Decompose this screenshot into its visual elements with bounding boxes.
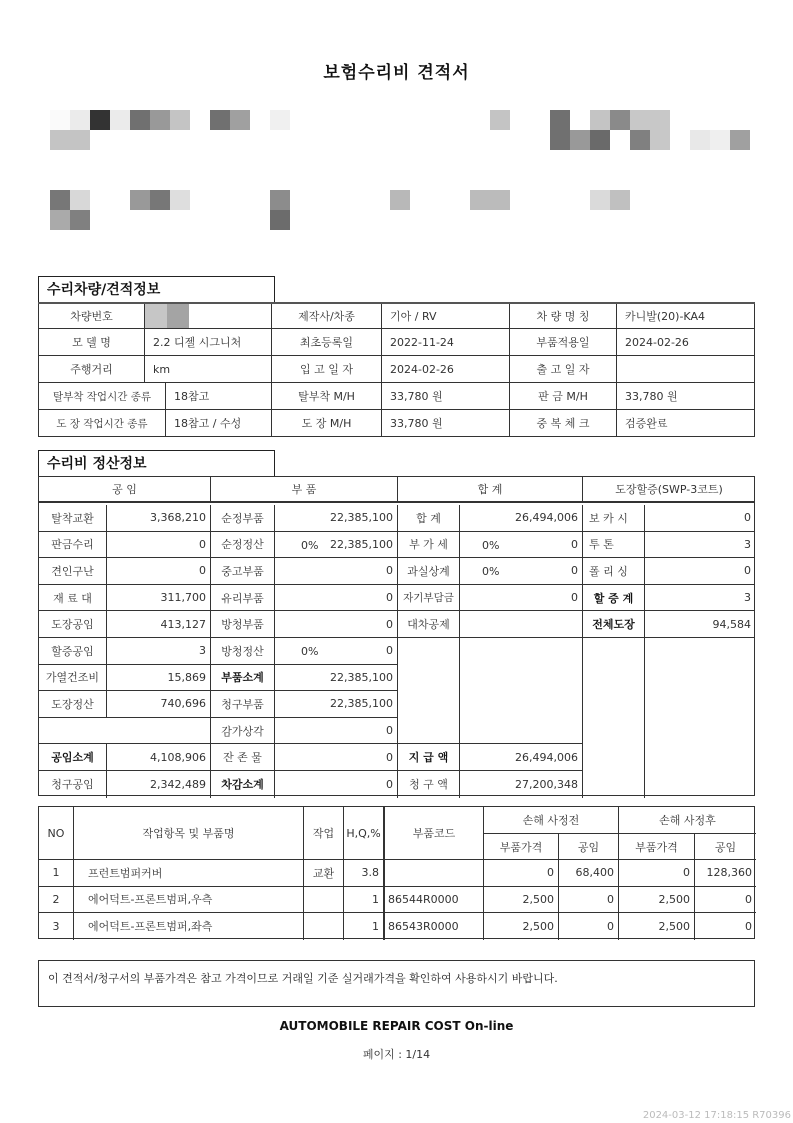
value-out-date: [617, 356, 755, 382]
vehicle-info-grid: 차량번호 제작사/차종 기아 / RV 차 량 명 칭 카니발(20)-KA4 …: [38, 302, 755, 438]
col-header-paint: 도장할증(SWP-3코트): [583, 477, 755, 503]
label-detach-mh: 탈부착 M/H: [272, 383, 382, 409]
item-before-part-price: 2,500: [484, 913, 559, 940]
parts-label: 차감소계: [211, 771, 275, 798]
value-dup-check: 검증완료: [617, 410, 755, 436]
labor-label: 청구공임: [39, 771, 107, 798]
parts-pct: 0%: [301, 539, 318, 552]
item-name: 에어덕트-프론트범퍼,우측: [74, 887, 304, 914]
labor-value: 311,700: [107, 585, 211, 612]
paint-label: 전체도장: [583, 611, 645, 638]
label-in-date: 입 고 일 자: [272, 356, 382, 382]
item-no: 1: [39, 860, 74, 887]
label-detach-type: 탈부착 작업시간 종류: [38, 383, 166, 409]
total-blank-label: [398, 638, 460, 744]
paint-label: 폴 리 싱: [583, 558, 645, 585]
item-after-labor: 0: [695, 887, 756, 914]
label-model: 모 델 명: [38, 329, 145, 355]
total-value: 0: [460, 558, 583, 585]
settlement-section-header: 수리비 정산정보: [38, 450, 275, 477]
value-plate-redacted: [145, 304, 272, 328]
paint-label: 할 증 계: [583, 585, 645, 612]
labor-blank-row: [39, 718, 211, 745]
document-title: 보험수리비 견적서: [0, 58, 793, 83]
paint-value: 3: [645, 532, 755, 559]
paint-label: 투 톤: [583, 532, 645, 559]
vehicle-section-header: 수리차량/견적정보: [38, 276, 275, 303]
total-label: 대차공제: [398, 611, 460, 638]
total-label: 부 가 세: [398, 532, 460, 559]
claim-amount-value: 27,200,348: [460, 771, 583, 798]
item-hq: 1: [344, 913, 385, 940]
labor-value: 3: [107, 638, 211, 665]
page-indicator: 페이지 : 1/14: [0, 1046, 793, 1062]
labor-value: 3,368,210: [107, 505, 211, 532]
paint-value: 0: [645, 505, 755, 532]
parts-pct: 0%: [301, 645, 318, 658]
item-hq: 3.8: [344, 860, 385, 887]
item-before-labor: 68,400: [559, 860, 619, 887]
value-sheet-mh: 33,780 원: [617, 383, 755, 409]
parts-value: 0: [275, 771, 398, 798]
labor-value: 0: [107, 532, 211, 559]
paint-blank-label: [583, 638, 645, 798]
labor-value: 0: [107, 558, 211, 585]
parts-label: 순정부품: [211, 505, 275, 532]
paint-value: 0: [645, 558, 755, 585]
parts-value: 0: [275, 558, 398, 585]
item-before-part-price: 2,500: [484, 887, 559, 914]
col-header-total: 합 계: [398, 477, 583, 503]
item-before-labor: 0: [559, 887, 619, 914]
item-part-code: [385, 860, 484, 887]
header-item-name: 작업항목 및 부품명: [74, 807, 304, 860]
parts-value: 22,385,100: [275, 505, 398, 532]
item-no: 3: [39, 913, 74, 940]
paint-value: 3: [645, 585, 755, 612]
total-blank-value: [460, 638, 583, 744]
paint-blank-value: [645, 638, 755, 798]
total-label: 자기부담금: [398, 585, 460, 612]
footer-brand: AUTOMOBILE REPAIR COST On-line: [0, 1019, 793, 1033]
item-work: [304, 887, 344, 914]
total-label: 합 계: [398, 505, 460, 532]
labor-label: 탈착교환: [39, 505, 107, 532]
item-after-part-price: 0: [619, 860, 695, 887]
item-after-labor: 0: [695, 913, 756, 940]
labor-value: 15,869: [107, 665, 211, 692]
label-mileage: 주행거리: [38, 356, 145, 382]
parts-value: 0: [275, 744, 398, 771]
header-after-part-price: 부품가격: [619, 834, 695, 860]
value-paint-type: 18참고 / 수성: [166, 410, 272, 436]
value-detach-type: 18참고: [166, 383, 272, 409]
value-car-name: 카니발(20)-KA4: [617, 304, 755, 328]
col-header-labor: 공 임: [39, 477, 211, 503]
claim-amount-label: 청 구 액: [398, 771, 460, 798]
total-value: [460, 611, 583, 638]
parts-value: 0: [275, 585, 398, 612]
label-out-date: 출 고 일 자: [510, 356, 617, 382]
parts-label: 순정정산: [211, 532, 275, 559]
total-value: 0: [460, 532, 583, 559]
pay-amount-label: 지 급 액: [398, 744, 460, 771]
settlement-grid: 공 임 부 품 합 계 도장할증(SWP-3코트) 탈착교환3,368,210판…: [38, 476, 755, 796]
vehicle-row-1: 차량번호 제작사/차종 기아 / RV 차 량 명 칭 카니발(20)-KA4: [38, 302, 755, 329]
labor-value: 740,696: [107, 691, 211, 718]
col-header-parts: 부 품: [211, 477, 398, 503]
item-no: 2: [39, 887, 74, 914]
label-dup-check: 중 복 체 크: [510, 410, 617, 436]
item-part-code: 86544R0000: [385, 887, 484, 914]
item-after-labor: 128,360: [695, 860, 756, 887]
item-part-code: 86543R0000: [385, 913, 484, 940]
paint-value: 94,584: [645, 611, 755, 638]
value-first-reg: 2022-11-24: [382, 329, 510, 355]
labor-label: 재 료 대: [39, 585, 107, 612]
item-hq: 1: [344, 887, 385, 914]
label-sheet-mh: 판 금 M/H: [510, 383, 617, 409]
paint-label: 보 카 시: [583, 505, 645, 532]
labor-label: 도장정산: [39, 691, 107, 718]
vehicle-row-3: 주행거리 km 입 고 일 자 2024-02-26 출 고 일 자: [38, 356, 755, 383]
header-work: 작업: [304, 807, 344, 860]
item-after-part-price: 2,500: [619, 913, 695, 940]
parts-value: 0: [275, 638, 398, 665]
value-parts-date: 2024-02-26: [617, 329, 755, 355]
parts-value: 22,385,100: [275, 665, 398, 692]
value-model: 2.2 디젤 시그니처: [145, 329, 272, 355]
item-work: [304, 913, 344, 940]
label-paint-type: 도 장 작업시간 종류: [38, 410, 166, 436]
header-before-part-price: 부품가격: [484, 834, 559, 860]
labor-value: 2,342,489: [107, 771, 211, 798]
value-detach-mh: 33,780 원: [382, 383, 510, 409]
parts-label: 방청정산: [211, 638, 275, 665]
parts-label: 감가상각: [211, 718, 275, 745]
pay-amount-value: 26,494,006: [460, 744, 583, 771]
vehicle-row-5: 도 장 작업시간 종류 18참고 / 수성 도 장 M/H 33,780 원 중…: [38, 410, 755, 437]
parts-label: 부품소계: [211, 665, 275, 692]
header-after-labor: 공임: [695, 834, 756, 860]
value-in-date: 2024-02-26: [382, 356, 510, 382]
header-before-adjust: 손해 사정전: [484, 807, 619, 834]
item-work: 교환: [304, 860, 344, 887]
parts-label: 방청부품: [211, 611, 275, 638]
parts-value: 22,385,100: [275, 532, 398, 559]
parts-label: 유리부품: [211, 585, 275, 612]
label-paint-mh: 도 장 M/H: [272, 410, 382, 436]
labor-label: 판금수리: [39, 532, 107, 559]
notice-box: 이 견적서/청구서의 부품가격은 참고 가격이므로 거래일 기준 실거래가격을 …: [38, 960, 755, 1007]
header-no: NO: [39, 807, 74, 860]
item-before-part-price: 0: [484, 860, 559, 887]
print-timestamp: 2024-03-12 17:18:15 R70396: [643, 1110, 791, 1121]
parts-label: 중고부품: [211, 558, 275, 585]
value-paint-mh: 33,780 원: [382, 410, 510, 436]
labor-label: 견인구난: [39, 558, 107, 585]
labor-label: 도장공임: [39, 611, 107, 638]
parts-label: 청구부품: [211, 691, 275, 718]
header-before-labor: 공임: [559, 834, 619, 860]
label-maker: 제작사/차종: [272, 304, 382, 328]
parts-value: 0: [275, 611, 398, 638]
item-before-labor: 0: [559, 913, 619, 940]
labor-label: 할증공임: [39, 638, 107, 665]
label-plate: 차량번호: [38, 304, 145, 328]
vehicle-row-4: 탈부착 작업시간 종류 18참고 탈부착 M/H 33,780 원 판 금 M/…: [38, 383, 755, 410]
total-pct: 0%: [482, 565, 499, 578]
parts-label: 잔 존 물: [211, 744, 275, 771]
item-after-part-price: 2,500: [619, 887, 695, 914]
parts-value: 0: [275, 718, 398, 745]
header-after-adjust: 손해 사정후: [619, 807, 756, 834]
labor-value: 4,108,906: [107, 744, 211, 771]
total-label: 과실상계: [398, 558, 460, 585]
value-mileage: km: [145, 356, 272, 382]
label-car-name: 차 량 명 칭: [510, 304, 617, 328]
header-part-code: 부품코드: [385, 807, 484, 860]
header-hq: H,Q,%: [344, 807, 385, 860]
labor-label: 가열건조비: [39, 665, 107, 692]
vehicle-row-2: 모 델 명 2.2 디젤 시그니처 최초등록일 2022-11-24 부품적용일…: [38, 329, 755, 356]
labor-value: 413,127: [107, 611, 211, 638]
items-table: NO 작업항목 및 부품명 작업 H,Q,% 부품코드 손해 사정전 손해 사정…: [38, 806, 755, 939]
item-name: 프런트범퍼커버: [74, 860, 304, 887]
total-value: 26,494,006: [460, 505, 583, 532]
value-maker: 기아 / RV: [382, 304, 510, 328]
labor-label: 공임소계: [39, 744, 107, 771]
total-value: 0: [460, 585, 583, 612]
item-name: 에어덕트-프론트범퍼,좌측: [74, 913, 304, 940]
parts-value: 22,385,100: [275, 691, 398, 718]
total-pct: 0%: [482, 539, 499, 552]
label-parts-date: 부품적용일: [510, 329, 617, 355]
label-first-reg: 최초등록일: [272, 329, 382, 355]
